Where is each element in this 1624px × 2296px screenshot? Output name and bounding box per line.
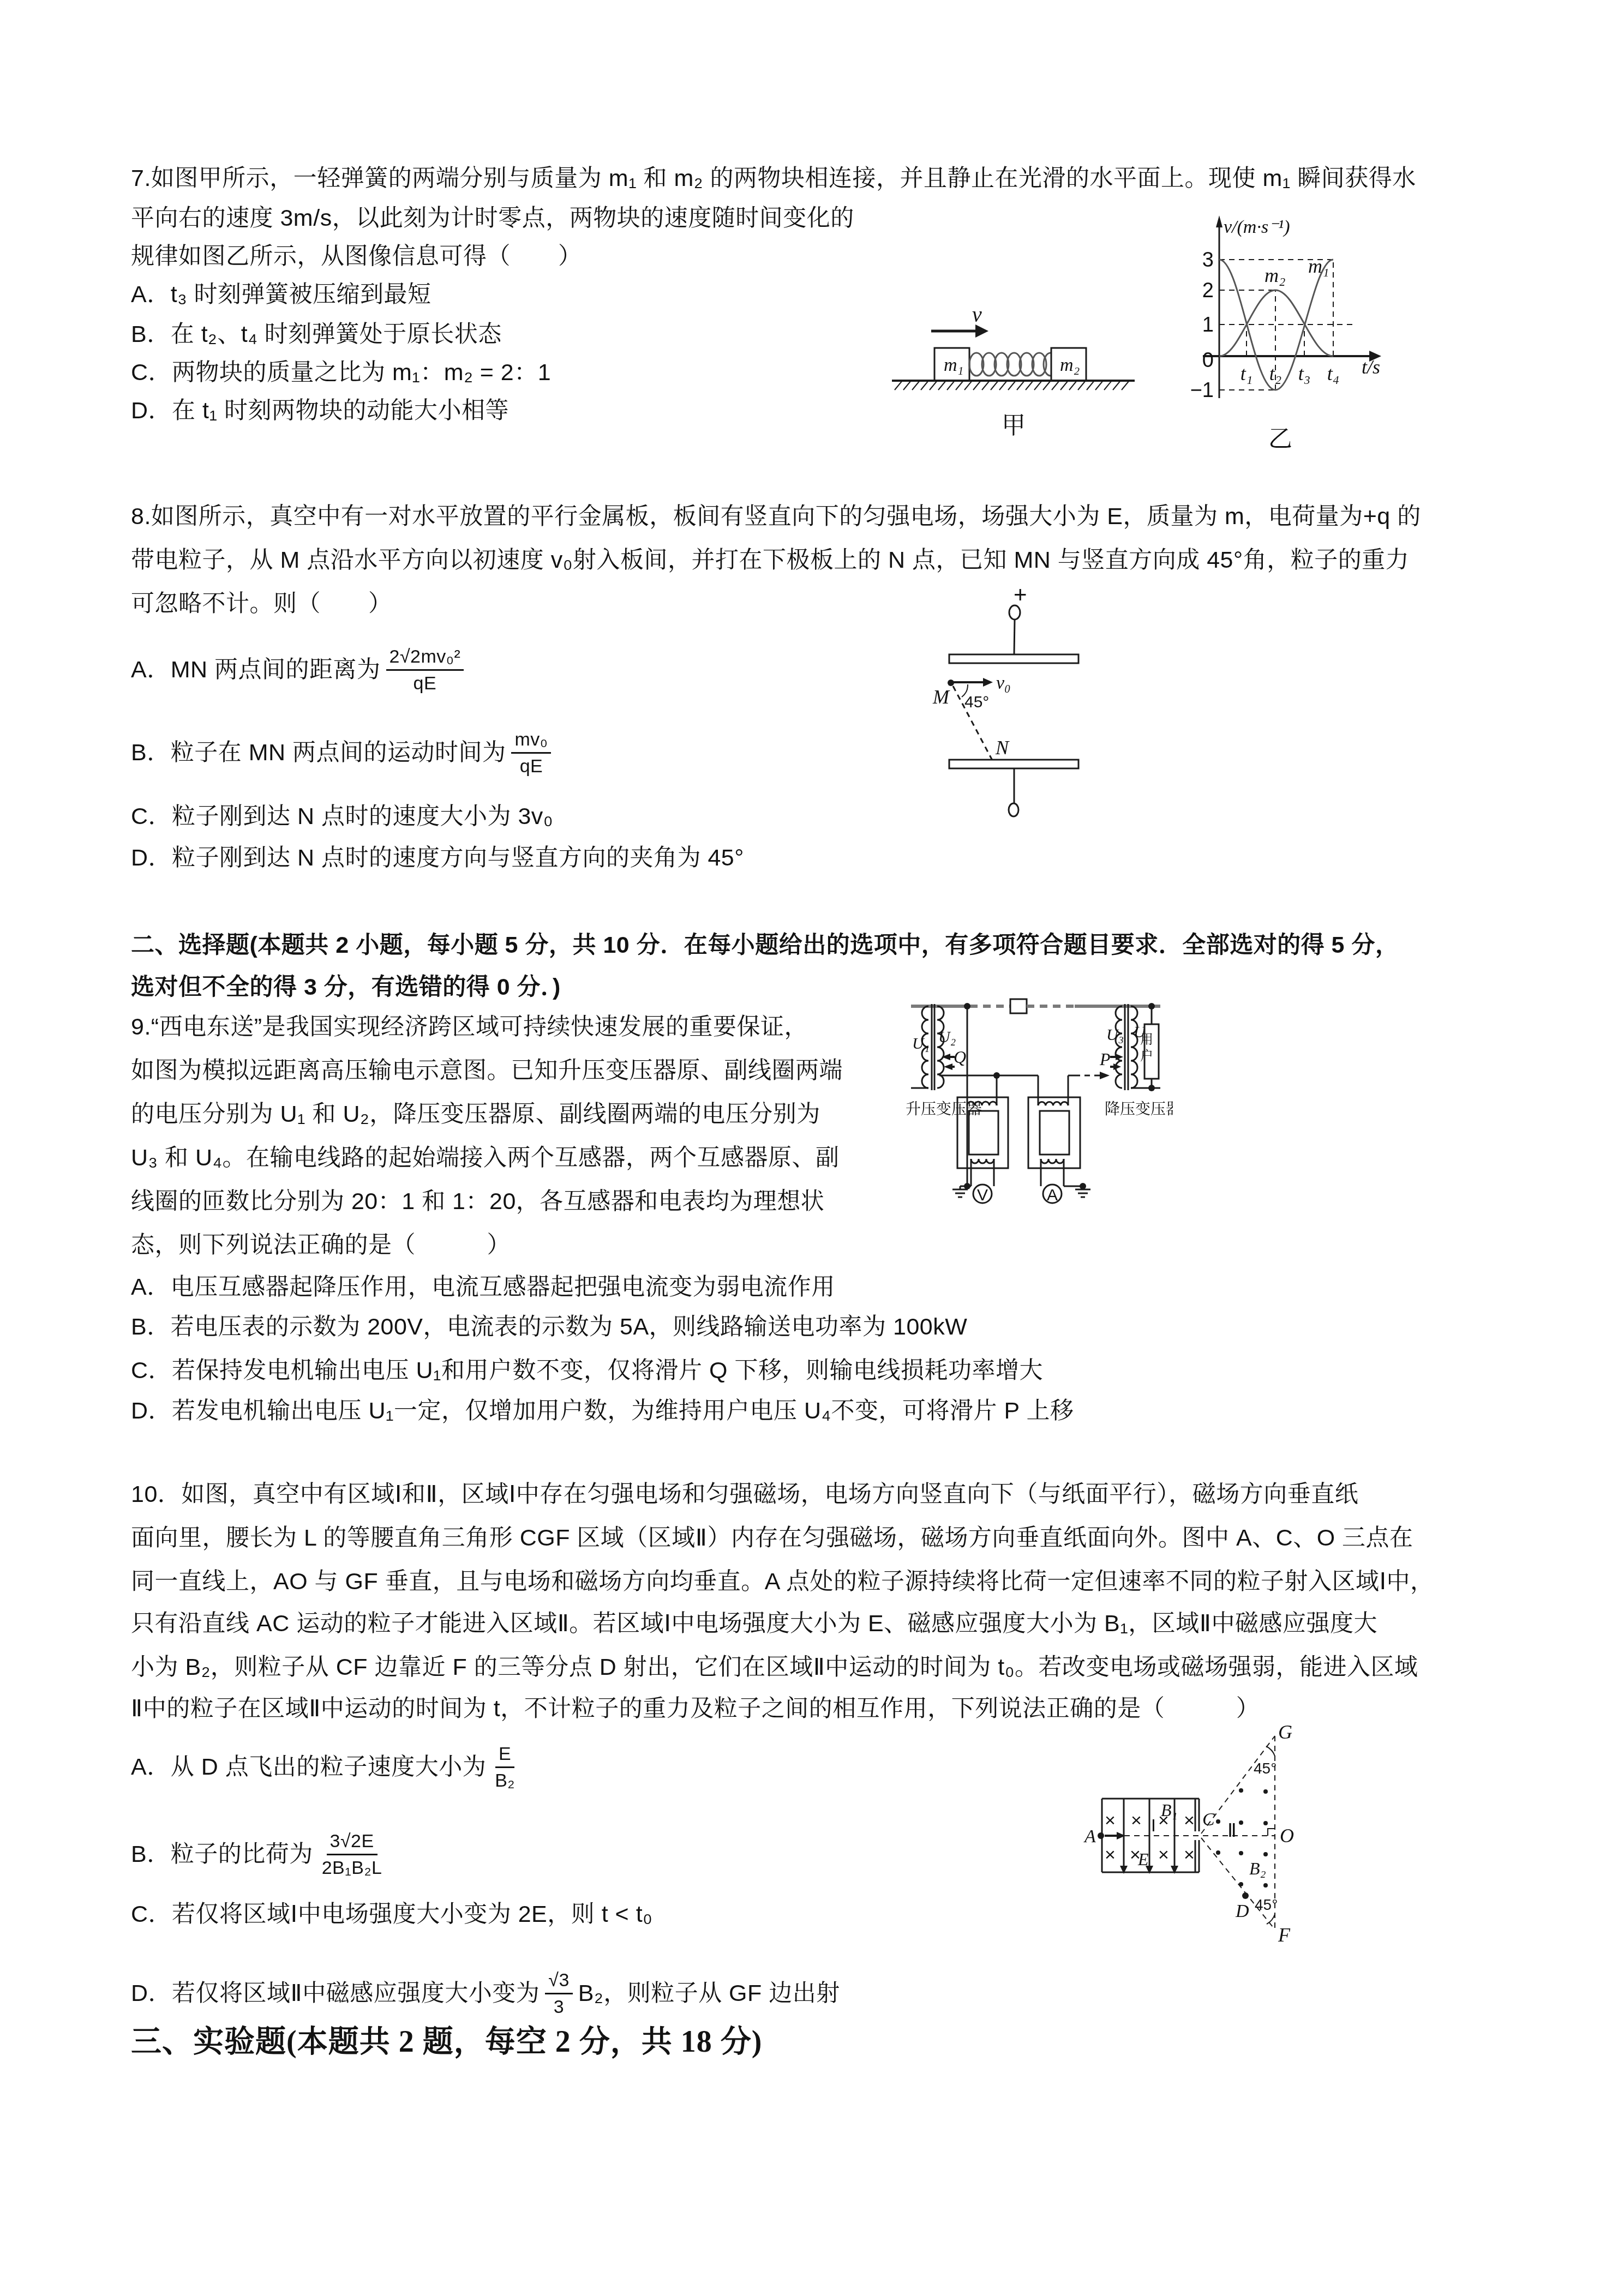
point-O-label: O [1280,1825,1294,1847]
fraction-numerator: 3√2E [327,1829,377,1855]
fraction-denominator: 2B₁B₂L [319,1855,386,1880]
xtick-t2: t₂ [1269,363,1282,384]
fraction-denominator: 3 [550,1994,567,2019]
figure-q7-spring-blocks: v m₁ m₂ 甲 [889,297,1140,444]
figure-q8-plates: + M v₀ 45° N [927,581,1102,826]
q9-line-2: 如图为模拟远距离高压输电示意图。已知升压变压器原、副线圈两端 [131,1053,843,1088]
figure-q9-circuit: U₁ U₂ Q 升压变压器 U₃ U₄ P 降压变压器 用户 [900,968,1173,1284]
figure-jia-caption: 甲 [1002,412,1026,439]
point-M-label: M [932,686,950,708]
point-D-label: D [1235,1901,1249,1921]
xtick-t4: t₄ [1327,363,1340,384]
svg-text:×: × [1184,1810,1195,1831]
q9-line-6: 态，则下列说法正确的是（ ） [131,1228,511,1263]
angle-arc-G [1266,1746,1275,1756]
E-label: E [1137,1849,1149,1869]
voltmeter-label: V [977,1186,988,1204]
U1-label: U₁ [912,1035,930,1053]
point-N-label: N [995,737,1010,759]
ytick-minus1: −1 [1190,379,1214,402]
ct-core-box [1040,1111,1069,1155]
bottom-plate [949,760,1078,768]
q8-option-b: B．粒子在 MN 两点间的运动时间为 mv₀ qE [131,717,556,788]
y-axis-label: v/(m·s⁻¹) [1224,217,1290,237]
stepdown-primary-coil [1116,1006,1122,1088]
ytick-1: 1 [1202,314,1214,336]
angle-45-label: 45° [964,693,989,711]
v0-label: v₀ [996,673,1011,693]
fraction-numerator: mv₀ [511,727,551,754]
q8-line-3: 可忽略不计。则（ ） [131,586,392,621]
fraction-denominator: qE [410,671,440,696]
y-axis-arrowhead [1216,215,1223,227]
velocity-label: v [972,302,982,327]
stepdown-caption: 降压变压器 [1105,1101,1173,1117]
point-A-label: A [1083,1826,1096,1847]
Q-label: Q [954,1047,966,1067]
slider-Q-arrowhead [942,1054,950,1060]
block-m2-label: m₂ [1060,355,1080,375]
q7-option-b: B．在 t₂、t₄ 时刻弹簧处于原长状态 [131,317,502,352]
q10-option-b: B．粒子的比荷为 3√2E 2B₁B₂L [131,1819,391,1890]
q7-option-d: D．在 t₁ 时刻两物块的动能大小相等 [131,393,509,428]
ground-hatching [895,381,1129,390]
slider-P-arrowhead [1116,1054,1123,1060]
velocity-arrowhead [975,324,988,338]
q10-option-a-fraction: E B₂ [492,1741,518,1793]
B2-label: B₂ [1249,1859,1266,1878]
point-F-label: F [1278,1924,1291,1946]
top-plate [949,654,1078,663]
ct-secondary-winding [1041,1159,1064,1163]
q10-line-3: 同一直线上，AO 与 GF 垂直，且与电场和磁场方向均垂直。A 点处的粒子源持续… [131,1564,1434,1599]
plus-terminal-label: + [1014,582,1027,608]
figure-q10-field-regions: ×× ×× ×× ×× B₁ Ⅰ E A C G O F 45° 45° Ⅱ [1064,1712,1369,1963]
angle-45-G: 45° [1254,1760,1277,1777]
U2-label: U₂ [938,1028,956,1046]
q7-line-2: 平向右的速度 3m/s，以此刻为计时零点，两物块的速度随时间变化的 [131,201,854,236]
q10-line-5: 小为 B₂，则粒子从 CF 边靠近 F 的三等分点 D 射出，它们在区域Ⅱ中运动… [131,1650,1418,1685]
curve-m2 [1219,290,1333,356]
fraction-numerator: √3 [545,1968,573,1994]
bottom-terminal [1009,803,1018,816]
q7-line-3: 规律如图乙所示，从图像信息可得（ ） [131,239,582,274]
v0-arrowhead [983,678,993,687]
svg-text:×: × [1131,1810,1142,1831]
curve-m1-label: m₁ [1308,255,1329,277]
fraction-numerator: 2√2mv₀² [386,644,464,671]
stepup-caption: 升压变压器 [906,1101,982,1117]
ammeter-label: A [1047,1186,1058,1204]
q7-line-1: 7.如图甲所示，一轻弹簧的两端分别与质量为 m₁ 和 m₂ 的两物块相连接，并且… [131,161,1416,196]
q7-option-c: C．两物块的质量之比为 m₁：m₂ = 2：1 [131,355,551,390]
right-angle-mark [1268,1829,1275,1836]
q10-option-d-suffix: B₂，则粒子从 GF 边出射 [578,1976,840,2011]
pt-secondary-winding [971,1159,994,1163]
fraction-denominator: B₂ [492,1768,518,1793]
q8-option-b-text: B．粒子在 MN 两点间的运动时间为 [131,735,506,770]
q8-option-b-fraction: mv₀ qE [511,727,551,779]
figure-yi-caption: 乙 [1268,426,1292,453]
spring [969,353,1058,376]
q8-option-a-text: A．MN 两点间的距离为 [131,652,381,687]
q10-option-c: C．若仅将区域Ⅰ中电场强度大小变为 2E，则 t < t₀ [131,1897,652,1932]
curve-m2-label: m₂ [1265,265,1286,286]
q10-line-2: 面向里，腰长为 L 的等腰直角三角形 CGF 区域（区域Ⅱ）内存在匀强磁场，磁场… [131,1520,1413,1555]
stepdown-secondary-coil [1131,1006,1137,1088]
q9-line-1: 9.“西电东送”是我国实现经济跨区域可持续快速发展的重要保证， [131,1009,808,1044]
xtick-t1: t₁ [1241,363,1253,384]
slider-P-arrowhead [1113,1063,1121,1070]
q10-option-a: A．从 D 点飞出的粒子速度大小为 E B₂ [131,1732,524,1802]
q10-line-1: 10．如图，真空中有区域Ⅰ和Ⅱ，区域Ⅰ中存在匀强电场和匀强磁场，电场方向竖直向下… [131,1477,1358,1512]
svg-text:×: × [1158,1844,1169,1865]
region1-label: Ⅰ [1151,1817,1156,1835]
block-m1-label: m₁ [944,355,963,375]
q9-line-3: 的电压分别为 U₁ 和 U₂，降压变压器原、副线圈两端的电压分别为 [131,1097,820,1132]
ytick-2: 2 [1202,279,1214,302]
q10-option-d: D．若仅将区域Ⅱ中磁感应强度大小变为 √3 3 B₂，则粒子从 GF 边出射 [131,1958,840,2029]
q7-option-a: A．t₃ 时刻弹簧被压缩到最短 [131,277,432,312]
q9-line-4: U₃ 和 U₄。在输电线路的起始端接入两个互感器，两个互感器原、副 [131,1140,840,1175]
point-D-dot [1242,1892,1249,1899]
point-C-label: C [1202,1810,1215,1830]
section2-header-line-2: 选对但不全的得 3 分，有选错的得 0 分．) [131,970,561,1005]
P-label: P [1099,1049,1111,1069]
q8-option-c: C．粒子刚到达 N 点时的速度大小为 3v₀ [131,799,553,834]
q10-option-b-text: B．粒子的比荷为 [131,1837,313,1872]
slider-Q-arrowhead [944,1063,952,1070]
ct-outer-box [1028,1097,1080,1168]
ytick-0: 0 [1202,349,1214,372]
q10-option-b-fraction: 3√2E 2B₁B₂L [319,1829,386,1880]
svg-text:×: × [1184,1844,1195,1865]
q9-line-5: 线圈的匝数比分别为 20：1 和 1：20，各互感器和电表均为理想状 [131,1184,824,1219]
q8-option-a: A．MN 两点间的距离为 2√2mv₀² qE [131,634,469,705]
x-axis-label: t/s [1362,356,1380,378]
q10-line-4: 只有沿直线 AC 运动的粒子才能进入区域Ⅱ。若区域Ⅰ中电场强度大小为 E、磁感应… [131,1606,1377,1641]
figure-q7-vt-graph: v/(m·s⁻¹) 3 2 1 0 −1 t₁ t₂ t₃ t₄ t/s m₁ … [1189,210,1527,461]
P-feed-arrowhead [1100,1072,1110,1079]
q9-option-b: B．若电压表的示数为 200V，电流表的示数为 5A，则线路输送电功率为 100… [131,1309,967,1344]
B1-label: B₁ [1161,1800,1178,1820]
point-G-label: G [1278,1721,1292,1743]
ytick-3: 3 [1202,249,1214,272]
q9-option-d: D．若发电机输出电压 U₁一定，仅增加用户数，为维持用户电压 U₄不变，可将滑片… [131,1393,1074,1428]
xtick-t3: t₃ [1298,363,1311,384]
q9-option-c: C．若保持发电机输出电压 U₁和用户数不变，仅将滑片 Q 下移，则输电线损耗功率… [131,1353,1043,1388]
region2-label: Ⅱ [1227,1820,1237,1841]
q8-option-a-fraction: 2√2mv₀² qE [386,644,464,696]
exam-page: 7.如图甲所示，一轻弹簧的两端分别与质量为 m₁ 和 m₂ 的两物块相连接，并且… [0,0,1624,2296]
q8-option-d: D．粒子刚到达 N 点时的速度方向与竖直方向的夹角为 45° [131,840,744,875]
q10-option-a-text: A．从 D 点飞出的粒子速度大小为 [131,1750,486,1784]
section2-header-line-1: 二、选择题(本题共 2 小题，每小题 5 分，共 10 分．在每小题给出的选项中… [131,928,1399,963]
section3-header: 三、实验题(本题共 2 题，每空 2 分，共 18 分) [131,2024,762,2059]
line-resistor [1010,999,1027,1013]
svg-text:×: × [1105,1844,1116,1865]
fraction-denominator: qE [517,754,547,779]
point-A-dot [1098,1832,1104,1839]
svg-text:×: × [1105,1810,1116,1831]
q8-line-1: 8.如图所示，真空中有一对水平放置的平行金属板，板间有竖直向下的匀强电场，场强大… [131,499,1421,534]
fraction-numerator: E [495,1741,514,1768]
q8-line-2: 带电粒子，从 M 点沿水平方向以初速度 v₀射入板间，并打在下极板上的 N 点，… [131,543,1409,578]
ct-primary-winding [1038,1102,1068,1105]
q10-option-d-text: D．若仅将区域Ⅱ中磁感应强度大小变为 [131,1976,540,2011]
top-lead [1014,620,1015,654]
angle-arc-F [1267,1914,1275,1924]
q9-option-a: A．电压互感器起降压作用，电流互感器起把强电流变为弱电流作用 [131,1270,835,1305]
user-load-label: 用户 [1138,1032,1153,1065]
pt-core-box [969,1111,998,1155]
U3-label: U₃ [1106,1026,1124,1044]
angle-45-F: 45° [1255,1896,1278,1913]
point-M-dot [948,680,954,686]
q10-option-d-fraction: √3 3 [545,1968,573,2019]
